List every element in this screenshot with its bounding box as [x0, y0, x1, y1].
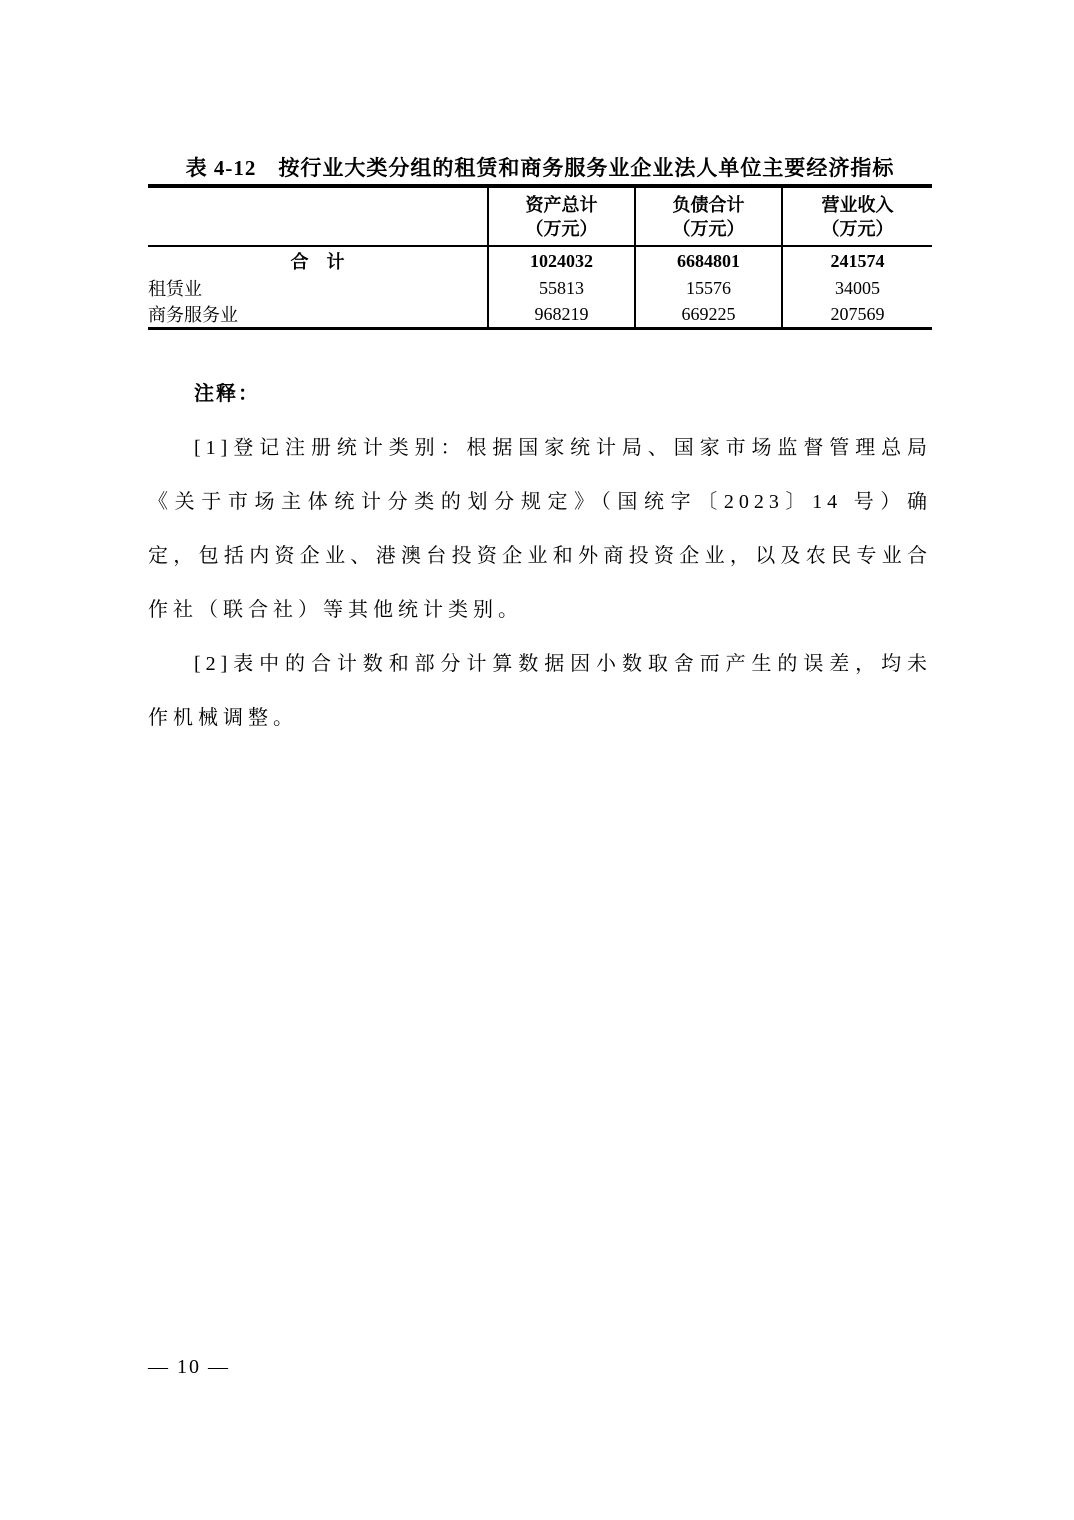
- total-revenue-value: 241574: [782, 246, 932, 275]
- leasing-assets-value: 55813: [488, 275, 635, 301]
- business-services-revenue-value: 207569: [782, 301, 932, 329]
- business-services-assets-value: 968219: [488, 301, 635, 329]
- leasing-revenue-value: 34005: [782, 275, 932, 301]
- total-liabilities-value: 6684801: [635, 246, 782, 275]
- row-label-total: 合 计: [148, 246, 488, 275]
- note-item-1: [1]登记注册统计类别：根据国家统计局、国家市场监督管理总局《关于市场主体统计分…: [148, 421, 932, 637]
- page-content: 表 4-12 按行业大类分组的租赁和商务服务业企业法人单位主要经济指标 资产总计…: [148, 155, 932, 745]
- business-services-liabilities-value: 669225: [635, 301, 782, 329]
- note-item-2: [2]表中的合计数和部分计算数据因小数取舍而产生的误差，均未作机械调整。: [148, 637, 932, 745]
- header-cell-assets: 资产总计 （万元）: [488, 186, 635, 246]
- header-revenue-line2: （万元）: [783, 217, 932, 241]
- total-assets-value: 1024032: [488, 246, 635, 275]
- table-row-leasing: 租赁业 55813 15576 34005: [148, 275, 932, 301]
- page-number: — 10 —: [148, 1356, 230, 1379]
- table-title: 表 4-12 按行业大类分组的租赁和商务服务业企业法人单位主要经济指标: [148, 155, 932, 181]
- row-label-business-services: 商务服务业: [148, 301, 488, 329]
- table-header-row: 资产总计 （万元） 负债合计 （万元） 营业收入 （万元）: [148, 186, 932, 246]
- notes-section: 注释： [1]登记注册统计类别：根据国家统计局、国家市场监督管理总局《关于市场主…: [148, 367, 932, 745]
- header-liabilities-line2: （万元）: [636, 217, 781, 241]
- table-row-total: 合 计 1024032 6684801 241574: [148, 246, 932, 275]
- leasing-liabilities-value: 15576: [635, 275, 782, 301]
- document-page: 表 4-12 按行业大类分组的租赁和商务服务业企业法人单位主要经济指标 资产总计…: [0, 0, 1074, 1520]
- header-cell-empty: [148, 186, 488, 246]
- header-cell-revenue: 营业收入 （万元）: [782, 186, 932, 246]
- header-assets-line2: （万元）: [489, 217, 634, 241]
- table-row-business-services: 商务服务业 968219 669225 207569: [148, 301, 932, 329]
- notes-heading: 注释：: [148, 367, 932, 421]
- header-assets-line1: 资产总计: [489, 193, 634, 217]
- header-cell-liabilities: 负债合计 （万元）: [635, 186, 782, 246]
- row-label-leasing: 租赁业: [148, 275, 488, 301]
- header-revenue-line1: 营业收入: [783, 193, 932, 217]
- header-liabilities-line1: 负债合计: [636, 193, 781, 217]
- statistics-table: 资产总计 （万元） 负债合计 （万元） 营业收入 （万元） 合 计: [148, 184, 932, 330]
